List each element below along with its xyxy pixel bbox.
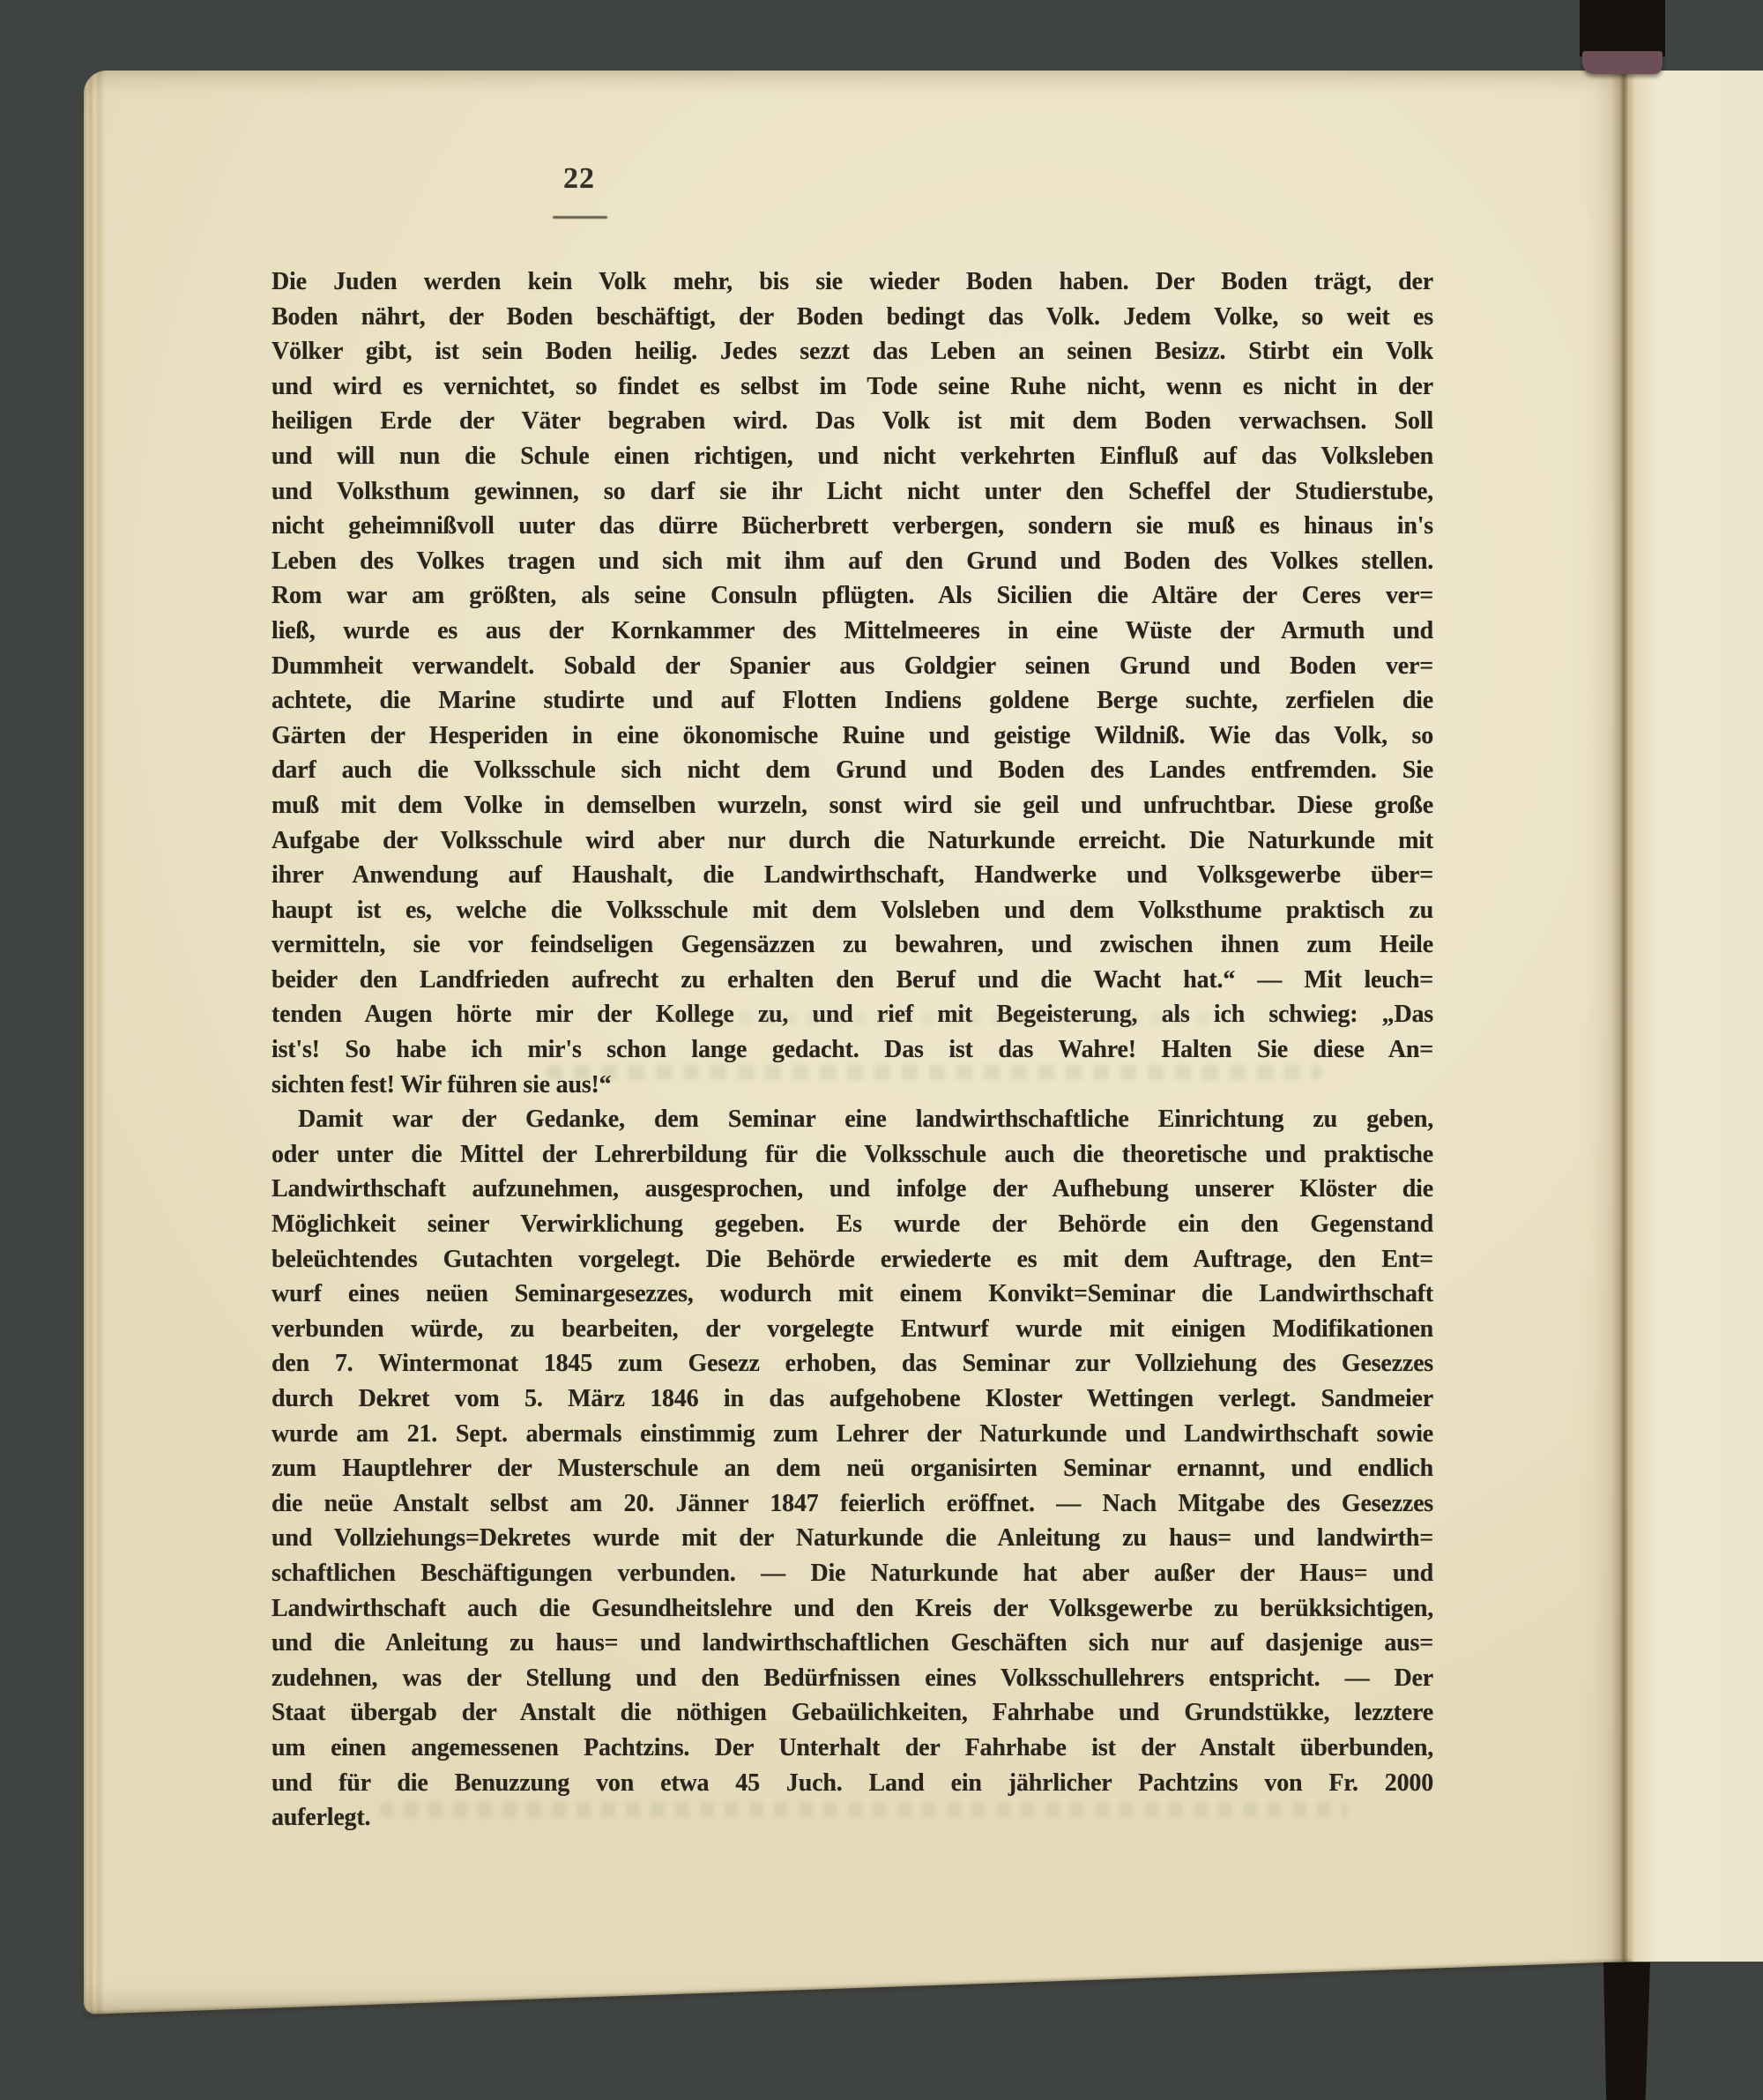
page-number: 22 <box>425 161 733 197</box>
text-line: schaftlichen Beschäftigungen verbunden. … <box>272 1556 1433 1591</box>
bookmark-ribbon-top <box>1580 0 1665 56</box>
text-line: Rom war am größten, als seine Consuln pf… <box>272 578 1433 614</box>
text-line: ihrer Anwendung auf Haushalt, die Landwi… <box>272 858 1433 893</box>
book-photo: 22 Die Juden werden kein Volk mehr, bis … <box>0 0 1763 2100</box>
text-line: Boden nährt, der Boden beschäftigt, der … <box>272 300 1433 335</box>
text-line: ist's! So habe ich mir's schon lange ged… <box>272 1032 1433 1068</box>
text-line: tenden Augen hörte mir der Kollege zu, u… <box>272 997 1433 1032</box>
text-line: nicht geheimnißvoll uuter das dürre Büch… <box>272 509 1433 544</box>
text-line: oder unter die Mittel der Lehrerbildung … <box>272 1137 1433 1173</box>
text-line: Landwirthschaft aufzunehmen, ausgesproch… <box>272 1172 1433 1207</box>
gutter-crease <box>1611 71 1634 1962</box>
facing-page-edge <box>1627 71 1763 1962</box>
text-line: beider den Landfrieden aufrecht zu erhal… <box>272 963 1433 998</box>
text-line: und Volksthum gewinnen, so darf sie ihr … <box>272 474 1433 510</box>
text-line: sichten fest! Wir führen sie aus!“ <box>272 1068 1433 1103</box>
text-line: durch Dekret vom 5. März 1846 in das auf… <box>272 1381 1433 1417</box>
text-line: ließ, wurde es aus der Kornkammer des Mi… <box>272 614 1433 649</box>
text-line: Damit war der Gedanke, dem Seminar eine … <box>272 1102 1433 1137</box>
text-line: auferlegt. <box>272 1800 1433 1836</box>
text-line: Landwirthschaft auch die Gesundheitslehr… <box>272 1591 1433 1627</box>
text-line: Staat übergab der Anstalt die nöthigen G… <box>272 1695 1433 1731</box>
text-line: zum Hauptlehrer der Musterschule an dem … <box>272 1451 1433 1486</box>
header-rule <box>553 216 607 219</box>
text-line: Dummheit verwandelt. Sobald der Spanier … <box>272 649 1433 684</box>
text-line: Gärten der Hesperiden in eine ökonomisch… <box>272 719 1433 754</box>
text-line: Aufgabe der Volksschule wird aber nur du… <box>272 823 1433 859</box>
text-line: haupt ist es, welche die Volksschule mit… <box>272 893 1433 928</box>
bookmark-ribbon-bottom <box>1603 1962 1650 2100</box>
text-line: zudehnen, was der Stellung und den Bedür… <box>272 1661 1433 1696</box>
bookmark-ribbon-tip <box>1582 51 1663 74</box>
text-line: und Vollziehungs=Dekretes wurde mit der … <box>272 1521 1433 1556</box>
text-block: Die Juden werden kein Volk mehr, bis sie… <box>272 264 1433 1836</box>
text-line: wurf eines neüen Seminargesezzes, wodurc… <box>272 1277 1433 1312</box>
text-line: und die Anleitung zu haus= und landwirth… <box>272 1626 1433 1661</box>
text-line: Leben des Volkes tragen und sich mit ihm… <box>272 544 1433 579</box>
text-line: und will nun die Schule einen richtigen,… <box>272 439 1433 474</box>
text-line: um einen angemessenen Pachtzins. Der Unt… <box>272 1731 1433 1766</box>
text-line: Völker gibt, ist sein Boden heilig. Jede… <box>272 334 1433 369</box>
text-line: und wird es vernichtet, so findet es sel… <box>272 369 1433 405</box>
text-line: den 7. Wintermonat 1845 zum Gesezz erhob… <box>272 1346 1433 1381</box>
text-line: heiligen Erde der Väter begraben wird. D… <box>272 404 1433 439</box>
text-line: Die Juden werden kein Volk mehr, bis sie… <box>272 264 1433 300</box>
text-line: verbunden würde, zu bearbeiten, der vorg… <box>272 1312 1433 1347</box>
text-line: die neüe Anstalt selbst am 20. Jänner 18… <box>272 1486 1433 1522</box>
text-line: und für die Benuzzung von etwa 45 Juch. … <box>272 1766 1433 1801</box>
text-line: Möglichkeit seiner Verwirklichung gegebe… <box>272 1207 1433 1242</box>
text-line: vermitteln, sie vor feindseligen Gegensä… <box>272 927 1433 963</box>
text-line: muß mit dem Volke in demselben wurzeln, … <box>272 788 1433 823</box>
text-line: achtete, die Marine studirte und auf Flo… <box>272 683 1433 719</box>
text-line: darf auch die Volksschule sich nicht dem… <box>272 753 1433 788</box>
text-line: beleüchtendes Gutachten vorgelegt. Die B… <box>272 1242 1433 1277</box>
text-line: wurde am 21. Sept. abermals einstimmig z… <box>272 1417 1433 1452</box>
